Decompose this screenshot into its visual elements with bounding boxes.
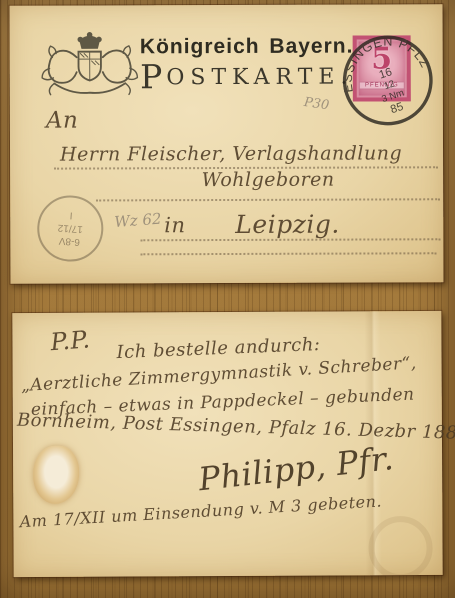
postmark-town: ESSINGEN PFLZ bbox=[328, 22, 433, 96]
pencil-catalog-mark: P30 bbox=[303, 95, 330, 113]
postmark-time: 3 Nm bbox=[380, 87, 405, 105]
postcard-front: Königreich Bayern. POSTKARTE. P30 5 PFEN… bbox=[10, 4, 444, 284]
address-line-2: Wohlgeboren bbox=[202, 169, 335, 191]
subheading-rest: OSTKARTE. bbox=[166, 65, 353, 91]
address-line-3-prefix: in bbox=[164, 213, 185, 237]
message-line-4: Bornheim, Post Essingen, Pfalz 16. Dezbr… bbox=[17, 410, 447, 444]
postmark-year: 85 bbox=[389, 101, 405, 116]
address-line-3-city: Leipzig. bbox=[235, 210, 340, 239]
pencil-watermark-mark: Wz 62 bbox=[114, 210, 162, 231]
message-pp: P.P. bbox=[49, 325, 91, 356]
postcard-message-side: P.P. Ich bestelle andurch: „Aerztliche Z… bbox=[12, 311, 442, 577]
address-row-2: Wohlgeboren bbox=[96, 168, 440, 201]
damage-stain bbox=[33, 446, 79, 504]
address-row-3: in Leipzig. bbox=[140, 200, 440, 241]
address-row-1: Herrn Fleischer, Verlagshandlung bbox=[54, 128, 438, 169]
postcard-photo: Königreich Bayern. POSTKARTE. P30 5 PFEN… bbox=[0, 0, 455, 598]
svg-text:ESSINGEN PFLZ: ESSINGEN PFLZ bbox=[328, 22, 433, 96]
arrival-postmark: 6-8V 17/12 I bbox=[35, 193, 105, 263]
address-line-1: Herrn Fleischer, Verlagshandlung bbox=[60, 142, 402, 165]
faint-postmark-offset bbox=[368, 516, 432, 580]
subheading-initial: P bbox=[140, 57, 166, 96]
address-row-4 bbox=[140, 246, 436, 255]
message-line-1: Ich bestelle andurch: bbox=[116, 334, 321, 363]
